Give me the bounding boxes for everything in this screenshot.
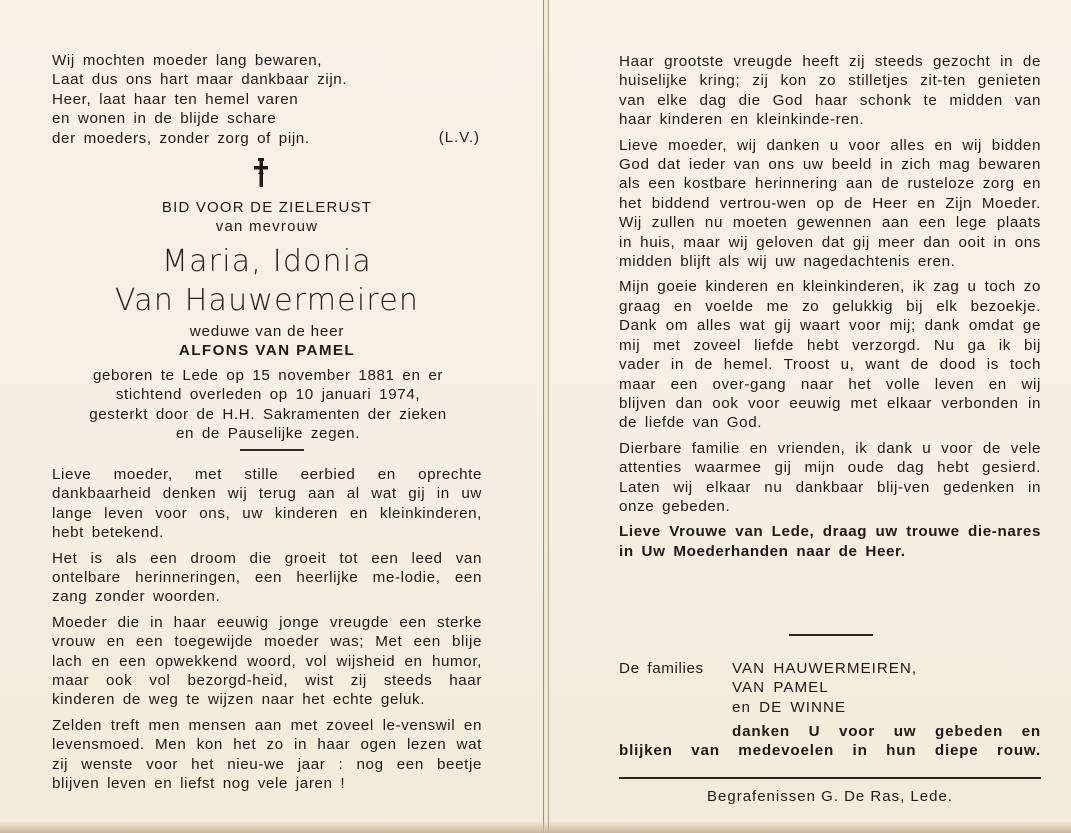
poem-line: der moeders, zonder zorg of pijn.: [52, 129, 482, 148]
deceased-surname: Van Hauwermeiren: [52, 281, 482, 320]
paragraph: Het is als een droom die groeit tot een …: [52, 549, 482, 607]
detail-line: en de Pauselijke zegen.: [48, 424, 488, 443]
prayer-subheading: van mevrouw: [52, 217, 482, 236]
deceased-name: Maria, Idonia Van Hauwermeiren: [52, 242, 482, 320]
detail-line: stichtend overleden op 10 januari 1974,: [48, 385, 488, 404]
poem: Wij mochten moeder lang bewaren, Laat du…: [52, 51, 482, 148]
family-row: VAN PAMEL: [619, 678, 1041, 697]
paragraph: Haar grootste vreugde heeft zij steeds g…: [619, 52, 1041, 130]
center-fold: [543, 0, 549, 833]
paragraph: Moeder die in haar eeuwig jonge vreugde …: [52, 613, 482, 710]
family-row: De families VAN HAUWERMEIREN,: [619, 659, 1041, 678]
left-body-text: Lieve moeder, met stille eerbied en opre…: [52, 465, 482, 800]
paragraph: Lieve moeder, wij danken u voor alles en…: [619, 136, 1041, 272]
prayer-heading-block: BID VOOR DE ZIELERUST van mevrouw: [52, 198, 482, 236]
thanks-block: danken U voor uw gebeden en blijken van …: [619, 722, 1041, 761]
divider: [240, 449, 304, 451]
footer-divider: [619, 777, 1041, 779]
thanks-line: danken U voor uw gebeden en: [619, 722, 1041, 741]
birth-death-details: geboren te Lede op 15 november 1881 en e…: [48, 366, 488, 444]
paragraph: Zelden treft men mensen aan met zoveel l…: [52, 716, 482, 794]
family-name: en DE WINNE: [732, 698, 846, 717]
paragraph: Lieve moeder, met stille eerbied en opre…: [52, 465, 482, 543]
detail-line: geboren te Lede op 15 november 1881 en e…: [48, 366, 488, 385]
divider: [789, 634, 873, 636]
undertaker-credit: Begrafenissen G. De Ras, Lede.: [619, 788, 1041, 805]
right-body-text: Haar grootste vreugde heeft zij steeds g…: [619, 52, 1041, 567]
widow-block: weduwe van de heer ALFONS VAN PAMEL: [52, 322, 482, 360]
memorial-card: Wij mochten moeder lang bewaren, Laat du…: [0, 0, 1071, 833]
families-label: De families: [619, 659, 704, 678]
poem-line: Wij mochten moeder lang bewaren,: [52, 51, 482, 70]
family-row: en DE WINNE: [619, 698, 1041, 717]
thanks-line: blijken van medevoelen in hun diepe rouw…: [619, 741, 1041, 760]
families-block: De families VAN HAUWERMEIREN, VAN PAMEL …: [619, 659, 1041, 717]
family-name: VAN HAUWERMEIREN,: [732, 659, 917, 678]
poem-line: en wonen in de blijde schare: [52, 109, 482, 128]
family-name: VAN PAMEL: [732, 678, 829, 697]
paragraph: Mijn goeie kinderen en kleinkinderen, ik…: [619, 277, 1041, 432]
poem-signature: (L.V.): [439, 128, 480, 147]
widow-of-label: weduwe van de heer: [52, 322, 482, 341]
deceased-first-names: Maria, Idonia: [52, 242, 482, 281]
poem-line: Heer, laat haar ten hemel varen: [52, 90, 482, 109]
page-edge-shadow: [0, 821, 1071, 833]
poem-line: Laat dus ons hart maar dankbaar zijn.: [52, 70, 482, 89]
cross-icon: [253, 158, 269, 188]
prayer-heading: BID VOOR DE ZIELERUST: [52, 198, 482, 217]
detail-line: gesterkt door de H.H. Sakramenten der zi…: [48, 405, 488, 424]
paragraph: Dierbare familie en vrienden, ik dank u …: [619, 439, 1041, 517]
prayer-to-our-lady: Lieve Vrouwe van Lede, draag uw trouwe d…: [619, 522, 1041, 561]
husband-name: ALFONS VAN PAMEL: [52, 341, 482, 360]
